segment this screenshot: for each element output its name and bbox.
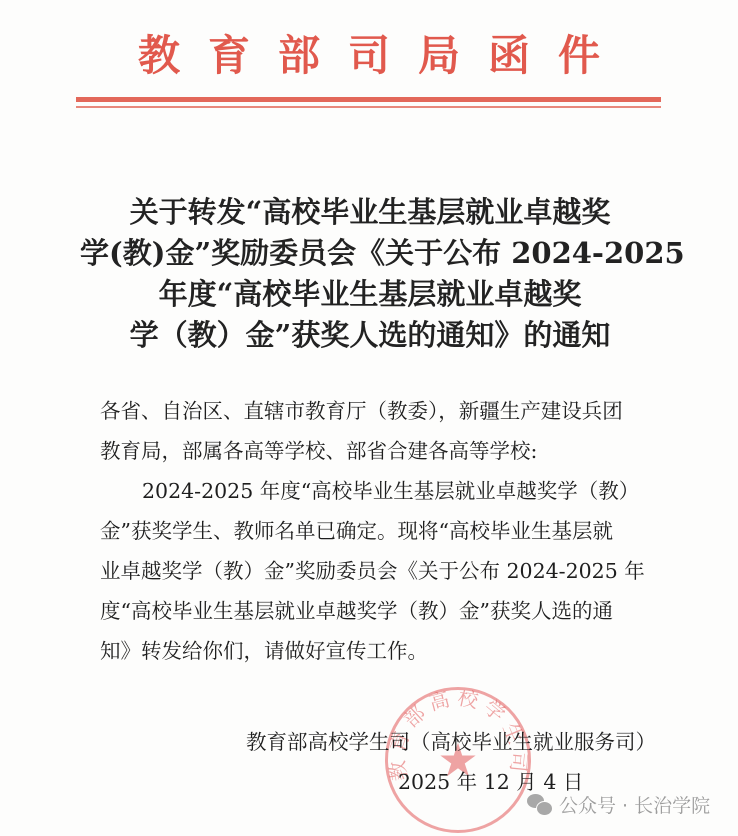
watermark-text: 公众号 · 长治学院 <box>559 791 710 818</box>
issuer-signature: 教育部高校学生司（高校毕业生就业服务司） <box>246 727 656 757</box>
letterhead-rule-thick <box>76 97 661 102</box>
document-body: 各省、自治区、直辖市教育厅（教委），新疆生产建设兵团 教育局，部属各高等学校、部… <box>100 391 660 671</box>
letterhead-rule-thin <box>76 106 661 108</box>
document-title: 关于转发“高校毕业生基层就业卓越奖 学(教)金”奖励委员会《关于公布 2024-… <box>80 192 660 356</box>
body-line: 知》转发给你们，请做好宣传工作。 <box>100 631 660 671</box>
letterhead-title: 教育部司局函件 <box>0 28 738 84</box>
official-seal: 教育部高校学生司 ★ <box>385 687 531 833</box>
salutation-line: 各省、自治区、直辖市教育厅（教委），新疆生产建设兵团 <box>100 391 660 431</box>
salutation-line: 教育局，部属各高等学校、部省合建各高等学校: <box>100 431 660 471</box>
body-line: 业卓越奖学（教）金”奖励委员会《关于公布 2024-2025 年 <box>100 551 660 591</box>
wechat-icon <box>527 794 553 816</box>
title-line: 学（教）金”获奖人选的通知》的通知 <box>80 315 660 356</box>
body-line: 度“高校毕业生基层就业卓越奖学（教）金”获奖人选的通 <box>100 591 660 631</box>
title-line: 年度“高校毕业生基层就业卓越奖 <box>80 274 660 315</box>
body-line: 金”获奖学生、教师名单已确定。现将“高校毕业生基层就 <box>100 511 660 551</box>
body-line: 2024-2025 年度“高校毕业生基层就业卓越奖学（教） <box>100 471 660 511</box>
watermark: 公众号 · 长治学院 <box>527 791 710 818</box>
title-line: 学(教)金”奖励委员会《关于公布 2024-2025 <box>80 233 660 274</box>
title-line: 关于转发“高校毕业生基层就业卓越奖 <box>80 192 660 233</box>
